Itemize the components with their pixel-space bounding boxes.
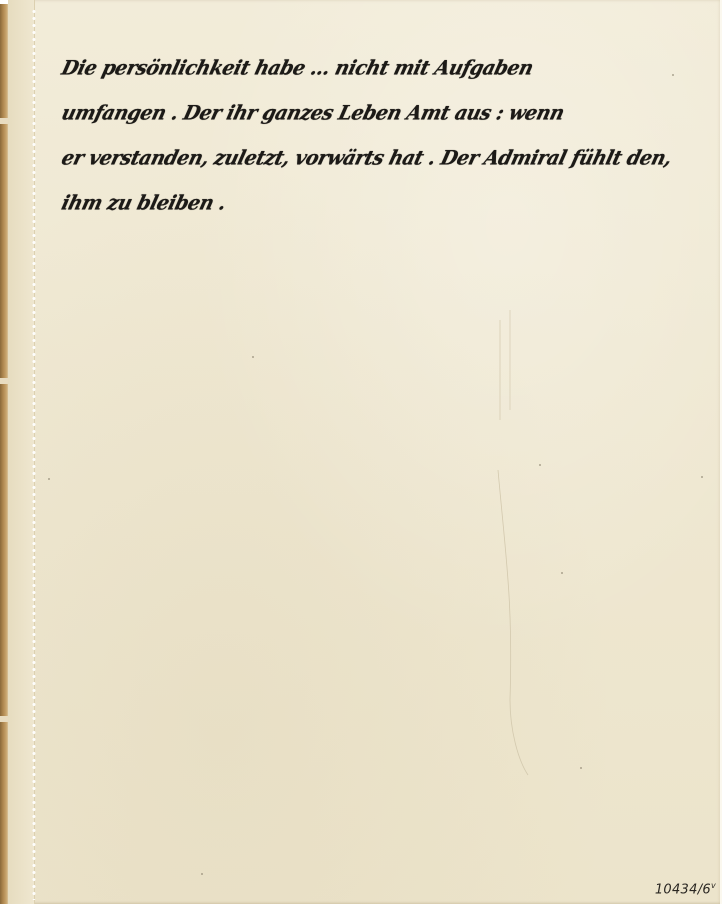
handwritten-text: Die persönlichkeit habe … nicht mit Aufg…: [62, 46, 662, 226]
paper-speck: [580, 767, 582, 769]
handwritten-line-2: umfangen . Der ihr ganzes Leben Amt aus …: [56, 90, 668, 137]
handwritten-line-4: ihm zu bleiben .: [56, 180, 668, 227]
binding-strip: [0, 4, 8, 904]
paper-speck: [672, 74, 674, 76]
page-stub-margin: [8, 0, 35, 904]
faint-pencil-trace: [488, 300, 568, 800]
paper-speck: [48, 478, 50, 480]
handwritten-line-3: er verstanden, zuletzt, vorwärts hat . D…: [56, 135, 668, 182]
paper-speck: [201, 873, 203, 875]
paper-speck: [539, 464, 541, 466]
catalog-number-value: 10434/6: [655, 882, 711, 897]
handwritten-line-1: Die persönlichkeit habe … nicht mit Aufg…: [56, 45, 668, 92]
catalog-number: 10434/6v: [655, 881, 716, 897]
scanned-page: Die persönlichkeit habe … nicht mit Aufg…: [0, 0, 726, 909]
paper-speck: [561, 572, 563, 574]
paper-speck: [701, 476, 703, 478]
page-edge: [720, 0, 722, 904]
paper-speck: [252, 356, 254, 358]
catalog-number-suffix: v: [711, 881, 716, 890]
perforation-line: [32, 8, 36, 900]
